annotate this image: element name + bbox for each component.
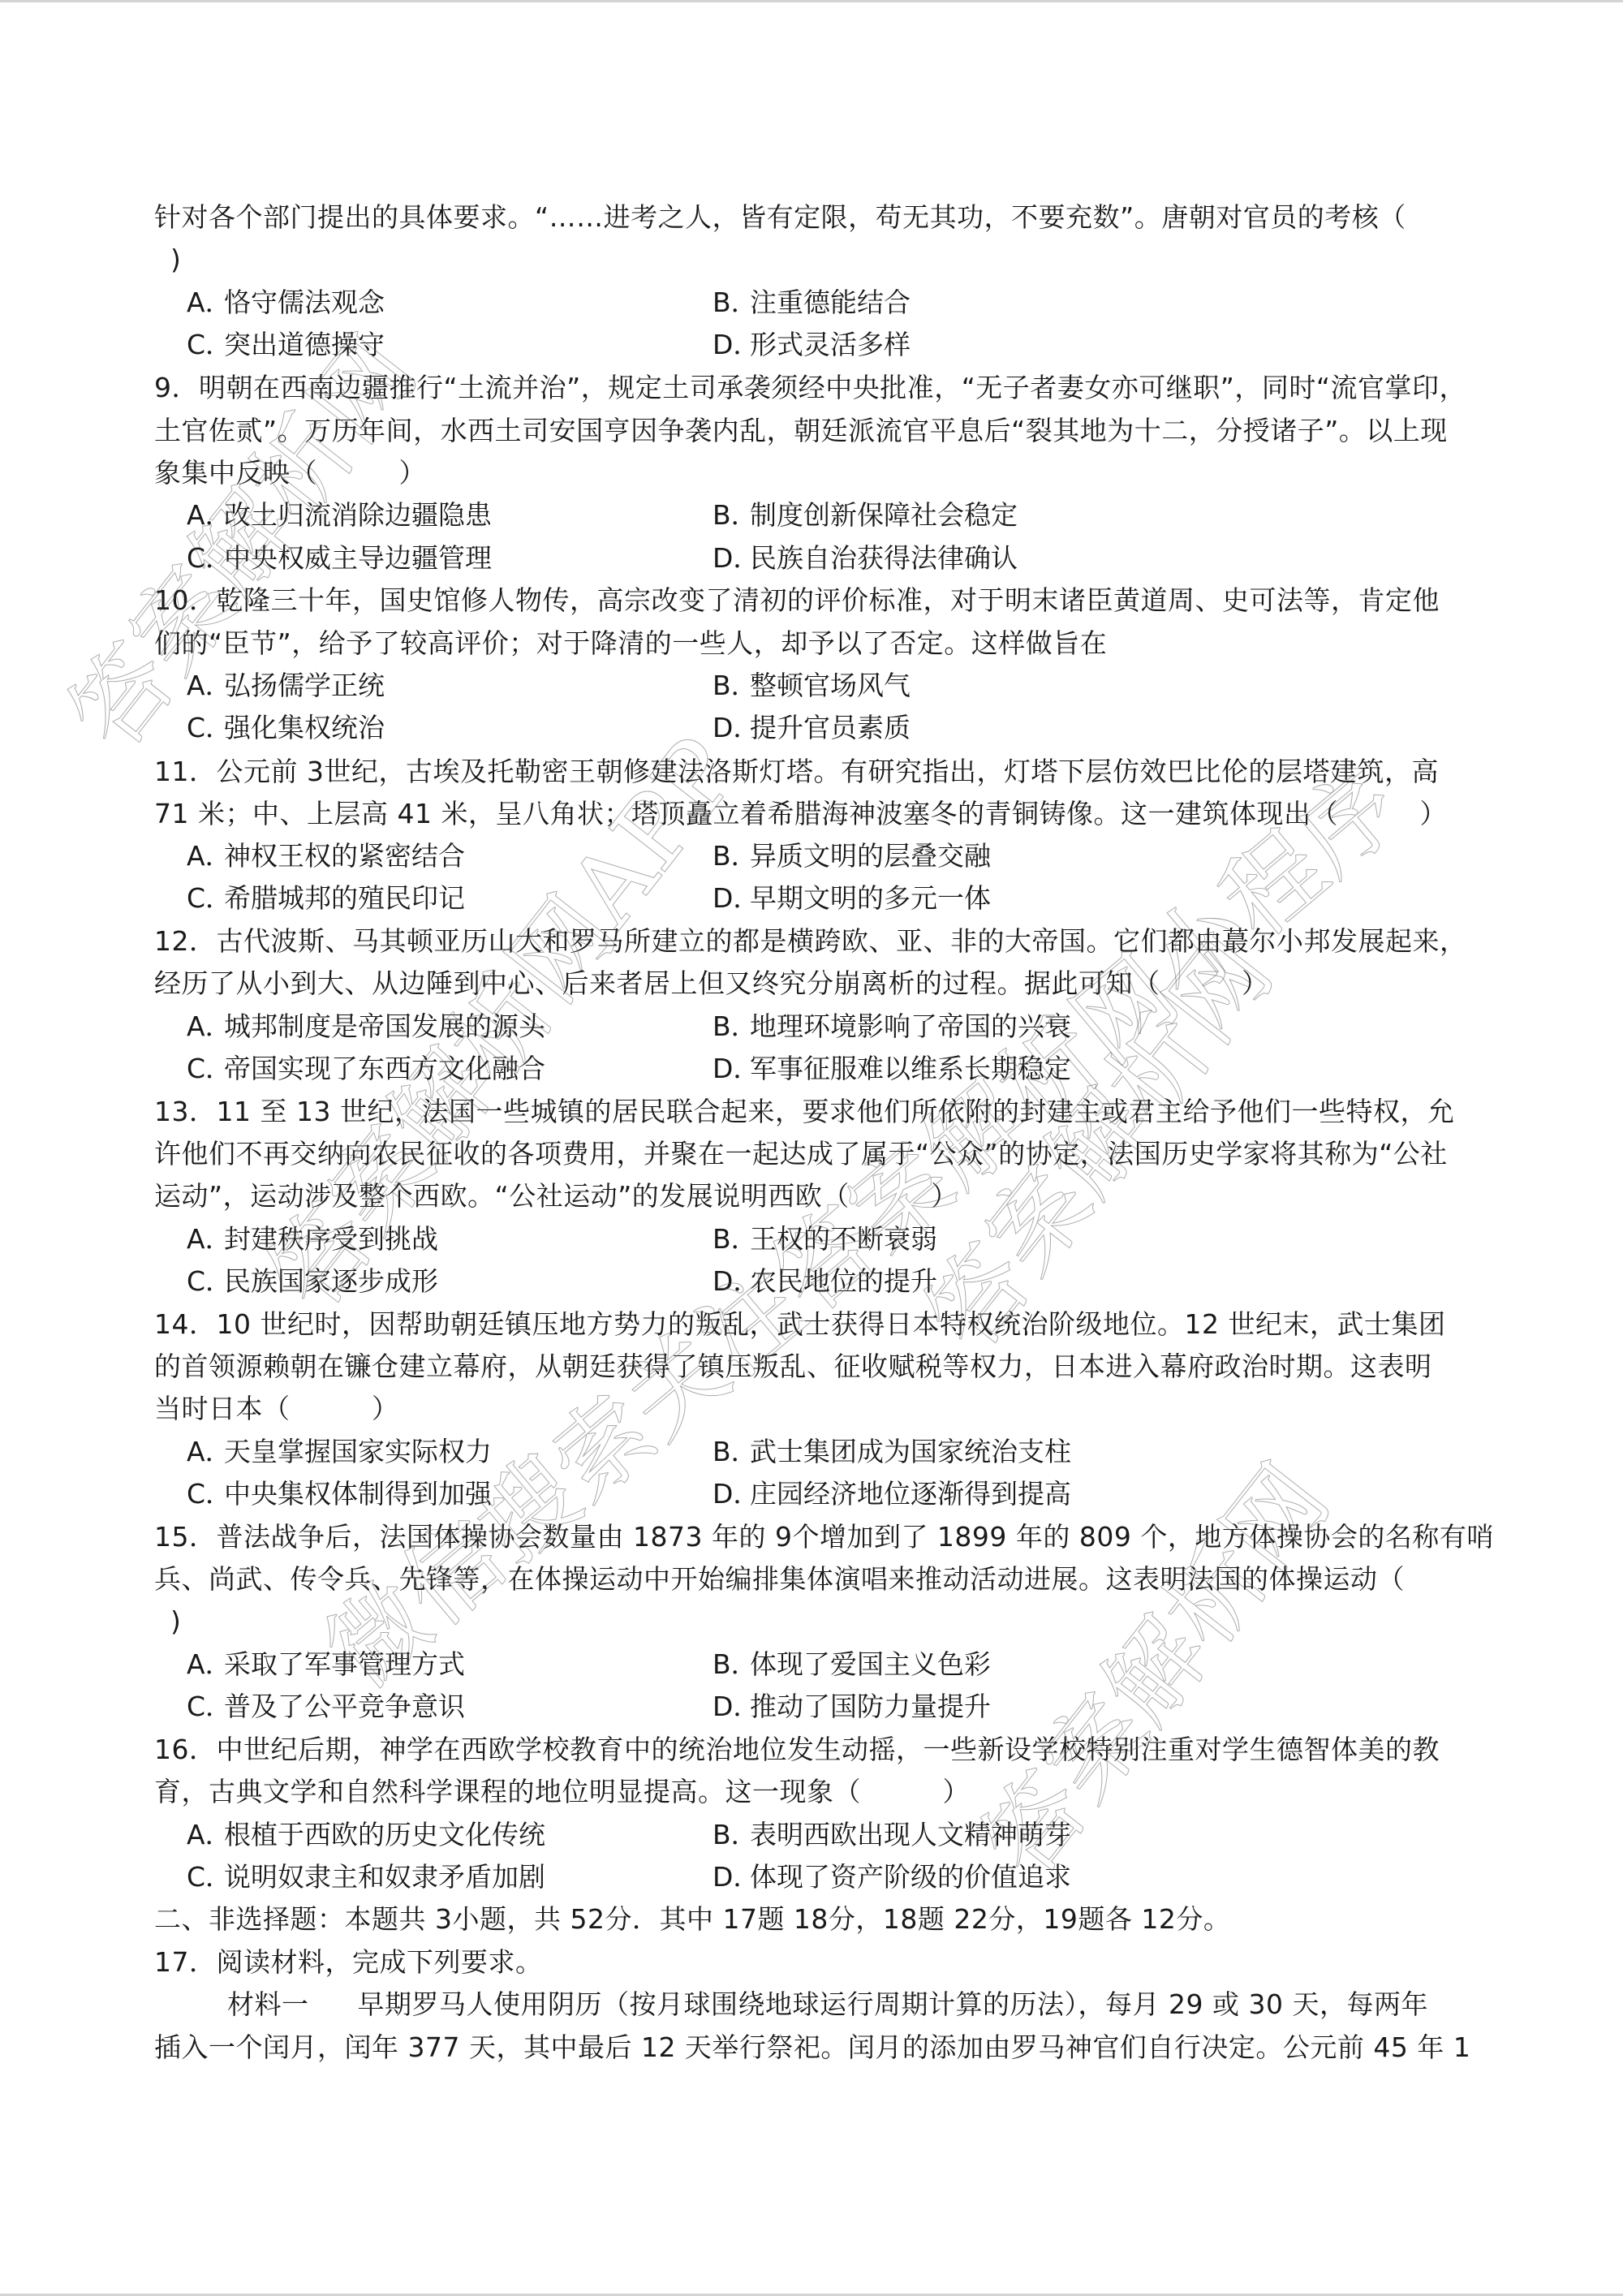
q12-option-b: B．地理环境影响了帝国的兴衰	[712, 1006, 1071, 1048]
q13-stem-line-1: 13．11 至 13 世纪，法国一些城镇的居民联合起来，要求他们所依附的封建主或…	[154, 1091, 1485, 1133]
q13-option-a: A．封建秩序受到挑战	[187, 1218, 438, 1260]
q11-stem-line-2: 71 米；中、上层高 41 米，呈八角状；塔顶矗立着希腊海神波塞冬的青铜铸像。这…	[154, 793, 1485, 835]
q15-stem-line-2: 兵、尚武、传令兵、先锋等，在体操运动中开始编排集体演唱来推动活动进展。这表明法国…	[154, 1558, 1485, 1600]
q8-stem-line-1: 针对各个部门提出的具体要求。“……进考之人，皆有定限，苟无其功，不要充数”。唐朝…	[154, 196, 1485, 239]
q8-option-d: D．形式灵活多样	[712, 324, 911, 366]
q9-option-c: C．中央权威主导边疆管理	[187, 537, 492, 579]
q13-option-c: C．民族国家逐步成形	[187, 1260, 438, 1303]
q15-stem-line-3: )	[170, 1600, 1501, 1643]
exam-page: 针对各个部门提出的具体要求。“……进考之人，皆有定限，苟无其功，不要充数”。唐朝…	[0, 0, 1623, 2296]
q11-stem-line-1: 11．公元前 3世纪，古埃及托勒密王朝修建法洛斯灯塔。有研究指出，灯塔下层仿效巴…	[154, 751, 1485, 793]
q10-option-b: B．整顿官场风气	[712, 665, 911, 707]
q15-option-b: B．体现了爱国主义色彩	[712, 1643, 991, 1686]
q10-option-c: C．强化集权统治	[187, 707, 385, 749]
q10-stem-line-2: 们的“臣节”，给予了较高评价；对于降清的一些人，却予以了否定。这样做旨在	[154, 622, 1485, 665]
q11-option-a: A．神权王权的紧密结合	[187, 835, 465, 877]
q16-option-a: A．根植于西欧的历史文化传统	[187, 1814, 545, 1856]
q16-option-d: D．体现了资产阶级的价值追求	[712, 1856, 1071, 1898]
q12-option-d: D．军事征服难以维系长期稳定	[712, 1048, 1071, 1090]
q9-option-d: D．民族自治获得法律确认	[712, 537, 1018, 579]
q14-option-a: A．天皇掌握国家实际权力	[187, 1431, 492, 1473]
q11-option-b: B．异质文明的层叠交融	[712, 835, 991, 877]
q16-option-b: B．表明西欧出现人文精神萌芽	[712, 1814, 1071, 1856]
q13-option-b: B．王权的不断衰弱	[712, 1218, 937, 1260]
q14-stem-line-1: 14．10 世纪时，因帮助朝廷镇压地方势力的叛乱，武士获得日本特权统治阶级地位。…	[154, 1303, 1485, 1346]
section2-heading: 二、非选择题：本题共 3小题，共 52分．其中 17题 18分，18题 22分，…	[154, 1898, 1485, 1941]
q12-stem-line-2: 经历了从小到大、从边陲到中心、后来者居上但又终究分崩离析的过程。据此可知（ ）	[154, 963, 1485, 1005]
q17-material1-line-2: 插入一个闰月，闰年 377 天，其中最后 12 天举行祭祀。闰月的添加由罗马神官…	[154, 2027, 1485, 2069]
q12-stem-line-1: 12．古代波斯、马其顿亚历山大和罗马所建立的都是横跨欧、亚、非的大帝国。它们都由…	[154, 920, 1485, 963]
q13-option-d: D．农民地位的提升	[712, 1260, 937, 1303]
q17-prompt: 17．阅读材料，完成下列要求。	[154, 1941, 1485, 1984]
q14-option-c: C．中央集权体制得到加强	[187, 1473, 492, 1515]
q8-option-b: B．注重德能结合	[712, 282, 911, 324]
q11-option-d: D．早期文明的多元一体	[712, 877, 991, 920]
q10-option-a: A．弘扬儒学正统	[187, 665, 385, 707]
q9-stem-line-1: 9．明朝在西南边疆推行“土流并治”，规定土司承袭须经中央批准，“无子者妻女亦可继…	[154, 367, 1485, 409]
q16-stem-line-2: 育，古典文学和自然科学课程的地位明显提高。这一现象（ ）	[154, 1771, 1485, 1813]
q11-option-c: C．希腊城邦的殖民印记	[187, 877, 465, 920]
q16-stem-line-1: 16．中世纪后期，神学在西欧学校教育中的统治地位发生动摇，一些新设学校特别注重对…	[154, 1729, 1485, 1771]
q17-material1-line-1: 材料一早期罗马人使用阴历（按月球围绕地球运行周期计算的历法），每月 29 或 3…	[227, 1984, 1558, 2026]
material1-text-1: 早期罗马人使用阴历（按月球围绕地球运行周期计算的历法），每月 29 或 30 天…	[358, 1988, 1428, 2020]
q15-option-d: D．推动了国防力量提升	[712, 1686, 991, 1728]
q8-option-a: A．恪守儒法观念	[187, 282, 385, 324]
q14-option-d: D．庄园经济地位逐渐得到提高	[712, 1473, 1071, 1515]
q10-stem-line-1: 10．乾隆三十年，国史馆修人物传，高宗改变了清初的评价标准，对于明末诸臣黄道周、…	[154, 579, 1485, 622]
q13-stem-line-2: 许他们不再交纳向农民征收的各项费用，并聚在一起达成了属于“公众”的协定，法国历史…	[154, 1133, 1485, 1175]
q15-option-c: C．普及了公平竞争意识	[187, 1686, 465, 1728]
q12-option-c: C．帝国实现了东西方文化融合	[187, 1048, 545, 1090]
q15-option-a: A．采取了军事管理方式	[187, 1643, 465, 1686]
q16-option-c: C．说明奴隶主和奴隶矛盾加剧	[187, 1856, 545, 1898]
q8-option-c: C．突出道德操守	[187, 324, 385, 366]
q9-option-a: A．改土归流消除边疆隐患	[187, 494, 492, 536]
q14-stem-line-3: 当时日本（ ）	[154, 1388, 1485, 1430]
q9-stem-line-3: 象集中反映（ ）	[154, 452, 1485, 494]
q9-stem-line-2: 土官佐贰”。万历年间，水西土司安国亨因争袭内乱，朝廷派流官平息后“裂其地为十二，…	[154, 410, 1485, 452]
q13-stem-line-3: 运动”，运动涉及整个西欧。“公社运动”的发展说明西欧（ ）	[154, 1175, 1485, 1217]
q10-option-d: D．提升官员素质	[712, 707, 911, 749]
q9-option-b: B．制度创新保障社会稳定	[712, 494, 1018, 536]
q14-stem-line-2: 的首领源赖朝在镰仓建立幕府，从朝廷获得了镇压叛乱、征收赋税等权力，日本进入幕府政…	[154, 1346, 1485, 1388]
q8-stem-line-2: )	[170, 239, 1501, 281]
q15-stem-line-1: 15．普法战争后，法国体操协会数量由 1873 年的 9个增加到了 1899 年…	[154, 1516, 1485, 1558]
material1-label: 材料一	[227, 1988, 309, 2020]
q12-option-a: A．城邦制度是帝国发展的源头	[187, 1006, 545, 1048]
q14-option-b: B．武士集团成为国家统治支柱	[712, 1431, 1071, 1473]
